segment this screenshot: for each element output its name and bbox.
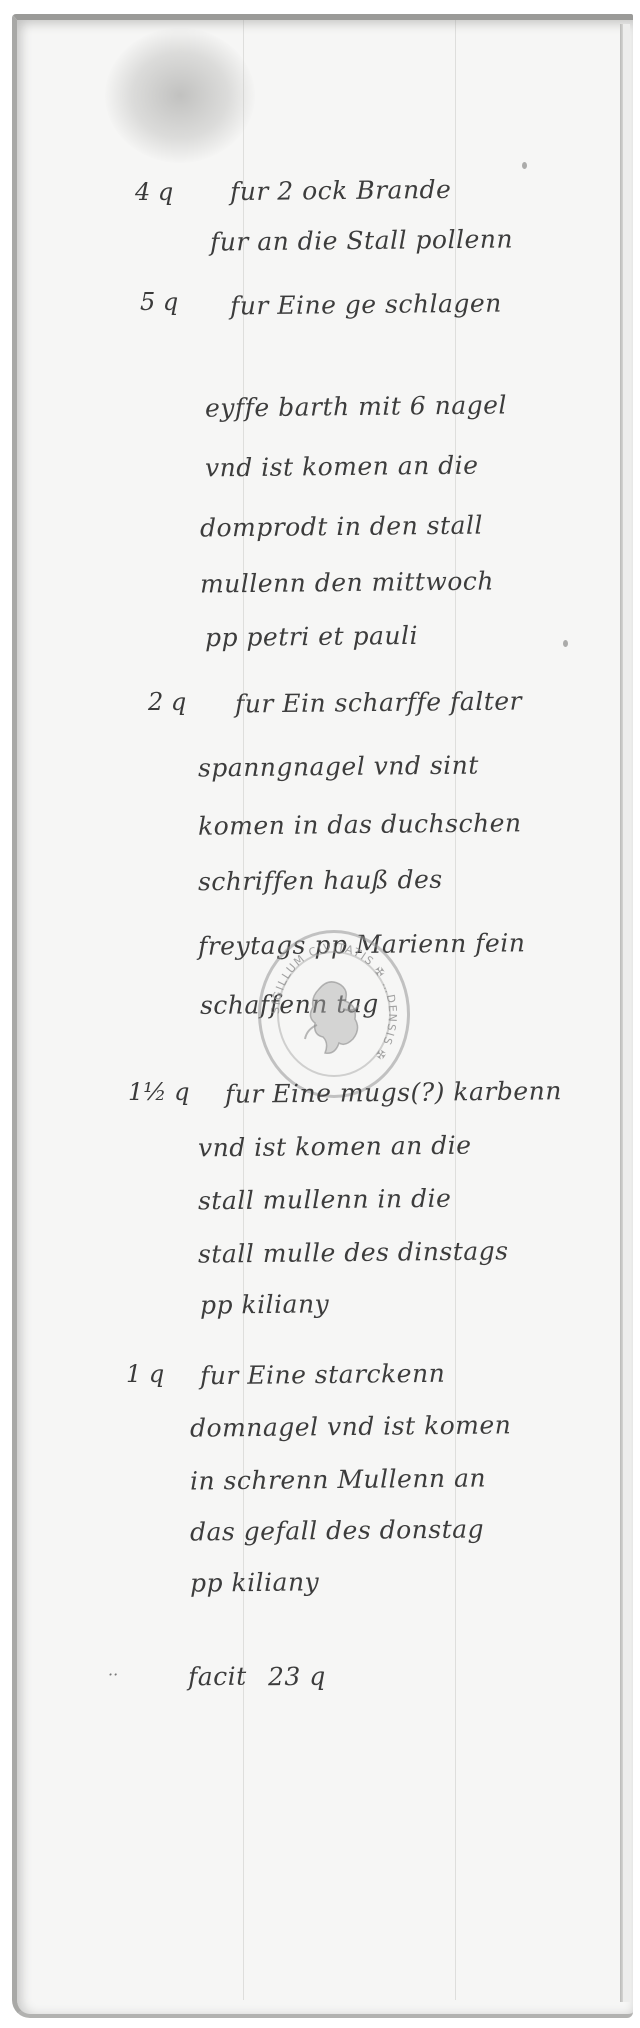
entry-line: fur 2 ock Brande xyxy=(230,175,452,206)
entry-line: komen in das duchschen xyxy=(198,808,522,840)
entry-line: stall mullenn in die xyxy=(198,1184,452,1216)
entry-line: fur an die Stall pollenn xyxy=(210,224,513,256)
entry-line: domnagel vnd ist komen xyxy=(190,1410,512,1442)
page-edge-strip xyxy=(623,24,630,2002)
water-stain xyxy=(105,28,255,163)
entry-amount: 1½ q xyxy=(128,1078,190,1106)
entry-line: domprodt in den stall xyxy=(200,511,483,543)
entry-amount: 2 q xyxy=(148,688,186,716)
archive-stamp: SIGILLUM CIVITATIS ✠ …DENSIS ✠ xyxy=(258,930,410,1098)
entry-line: mullenn den mittwoch xyxy=(200,566,494,598)
ink-speck xyxy=(522,162,527,169)
entry-line: fur Eine mugs(?) karbenn xyxy=(225,1076,562,1109)
entry-line: in schrenn Mullenn an xyxy=(190,1463,486,1495)
entry-line: das gefall des donstag xyxy=(190,1514,484,1546)
total-value: 23 q xyxy=(268,1662,326,1692)
entry-line: fur Ein scharffe falter xyxy=(235,686,522,718)
entry-amount: 4 q xyxy=(135,178,173,206)
entry-amount: 1 q xyxy=(126,1360,164,1388)
entry-line: pp kiliany xyxy=(190,1567,320,1597)
entry-line: stall mulle des dinstags xyxy=(198,1236,509,1268)
entry-line: spanngnagel vnd sint xyxy=(198,751,479,783)
lion-heraldry-icon xyxy=(299,969,371,1061)
entry-line: vnd ist komen an die xyxy=(198,1131,472,1163)
total-label: facit xyxy=(188,1662,247,1692)
entry-line: vnd ist komen an die xyxy=(205,451,479,483)
entry-line: pp petri et pauli xyxy=(205,621,418,652)
entry-line: pp kiliany xyxy=(200,1289,330,1319)
ink-speck xyxy=(563,640,568,647)
entry-line: eyffe barth mit 6 nagel xyxy=(205,390,507,422)
page-right-rule xyxy=(620,24,623,2002)
entry-line: schriffen hauß des xyxy=(198,865,443,897)
entry-line: fur Eine starckenn xyxy=(200,1359,446,1391)
entry-amount: 5 q xyxy=(140,288,178,316)
entry-line: fur Eine ge schlagen xyxy=(230,289,502,321)
total-prefix-mark: ·· xyxy=(108,1665,118,1684)
